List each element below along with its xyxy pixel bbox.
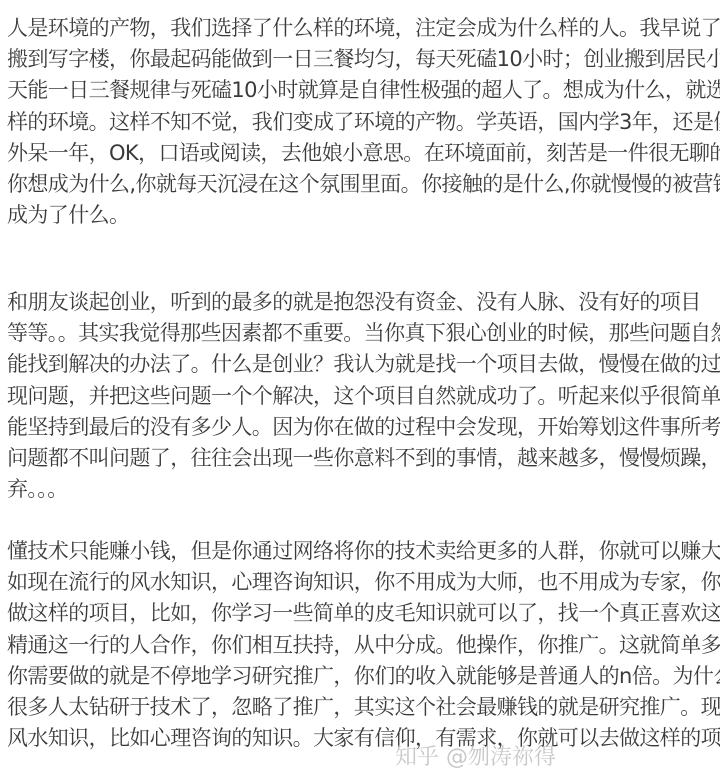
text-line: 如现在流行的风水知识，心理咨询知识，你不用成为大师，也不用成为专家，你也可以 [7,567,719,598]
text-line: 成为了什么。 [7,200,719,231]
zhihu-watermark: 知乎 @刎涛祢得 [395,740,556,771]
text-line: 样的环境。这样不知不觉，我们变成了环境的产物。学英语，国内学3年，还是傻逼。国 [7,107,719,138]
text-line: 现问题，并把这些问题一个个解决，这个项目自然就成功了。听起来似乎很简单，但是 [7,381,719,412]
paragraph-technology: 懂技术只能赚小钱，但是你通过网络将你的技术卖给更多的人群，你就可以赚大钱，比 如… [7,536,719,754]
text-line: 和朋友谈起创业，听到的最多的就是抱怨没有资金、没有人脉、没有好的项目 [7,287,719,318]
text-line: 搬到写字楼，你最起码能做到一日三餐均匀，每天死磕10小时；创业搬到居民小区，每 [7,44,719,75]
paragraph-startup: 和朋友谈起创业，听到的最多的就是抱怨没有资金、没有人脉、没有好的项目 等等。。其… [7,287,719,505]
paragraph-environment: 人是环境的产物，我们选择了什么样的环境，注定会成为什么样的人。我早说了，创业 搬… [7,13,719,231]
text-line: 你想成为什么,你就每天沉浸在这个氛围里面。你接触的是什么,你就慢慢的被营销，你就 [7,169,719,200]
text-line: 你需要做的就是不停地学习研究推广，你们的收入就能够是普通人的n倍。为什么？就是 [7,661,719,692]
text-line: 人是环境的产物，我们选择了什么样的环境，注定会成为什么样的人。我早说了，创业 [7,13,719,44]
text-line: 天能一日三餐规律与死磕10小时就算是自律性极强的超人了。想成为什么，就选择什么 [7,75,719,106]
text-line: 风水知识，比如心理咨询的知识。大家有信仰，有需求，你就可以去做这样的项目。 [7,723,719,754]
text-line: 懂技术只能赚小钱，但是你通过网络将你的技术卖给更多的人群，你就可以赚大钱，比 [7,536,719,567]
text-line: 很多人太钻研于技术了，忽略了推广，其实这个社会最赚钱的就是研究推广。现在流行 [7,692,719,723]
text-line: 能找到解决的办法了。什么是创业？我认为就是找一个项目去做，慢慢在做的过程中发 [7,349,719,380]
text-line: 弃。。。 [7,474,719,505]
text-line: 能坚持到最后的没有多少人。因为你在做的过程中会发现，开始筹划这件事所考虑到的 [7,412,719,443]
text-line: 等等。。其实我觉得那些因素都不重要。当你真下狠心创业的时候，那些问题自然也就 [7,318,719,349]
text-line: 问题都不叫问题了，往往会出现一些你意料不到的事情，越来越多，慢慢烦躁，最后放 [7,443,719,474]
text-line: 精通这一行的人合作，你们相互扶持，从中分成。他操作，你推广。这就简单多了吧。 [7,630,719,661]
text-line: 外呆一年，OK，口语或阅读，去他娘小意思。在环境面前，刻苦是一件很无聊的事儿！ [7,138,719,169]
text-line: 做这样的项目，比如，你学习一些简单的皮毛知识就可以了，找一个真正喜欢这一行， [7,598,719,629]
